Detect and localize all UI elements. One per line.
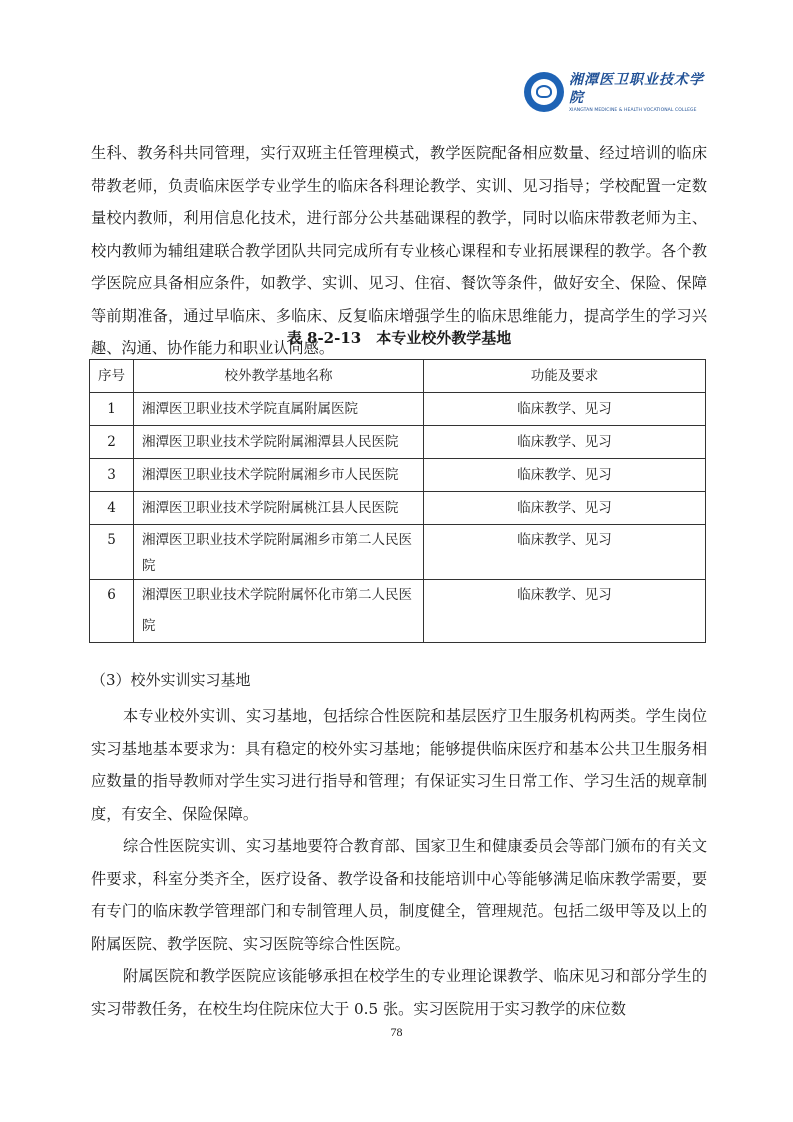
page-number: 78 xyxy=(0,1025,793,1040)
section-heading: （3）校外实训实习基地 xyxy=(91,668,251,692)
cell-function: 临床教学、见习 xyxy=(424,525,706,580)
cell-function: 临床教学、见习 xyxy=(424,459,706,492)
external-teaching-base-table: 序号 校外教学基地名称 功能及要求 1 湘潭医卫职业技术学院直属附属医院 临床教… xyxy=(89,359,706,643)
college-emblem-icon xyxy=(524,72,564,112)
cell-no: 3 xyxy=(90,459,134,492)
cell-base-name: 湘潭医卫职业技术学院附属桃江县人民医院 xyxy=(134,492,424,525)
cell-no: 4 xyxy=(90,492,134,525)
cell-no: 1 xyxy=(90,393,134,426)
cell-no: 2 xyxy=(90,426,134,459)
cell-no: 6 xyxy=(90,580,134,643)
table-row: 3 湘潭医卫职业技术学院附属湘乡市人民医院 临床教学、见习 xyxy=(90,459,706,492)
header-function: 功能及要求 xyxy=(424,360,706,393)
cell-base-name: 湘潭医卫职业技术学院附属湘潭县人民医院 xyxy=(134,426,424,459)
cell-base-name: 湘潭医卫职业技术学院附属湘乡市人民医院 xyxy=(134,459,424,492)
paragraph-general-hospital-requirements: 综合性医院实训、实习基地要符合教育部、国家卫生和健康委员会等部门颁布的有关文件要… xyxy=(91,830,707,960)
table-row: 4 湘潭医卫职业技术学院附属桃江县人民医院 临床教学、见习 xyxy=(90,492,706,525)
cell-base-name: 湘潭医卫职业技术学院附属怀化市第二人民医院 xyxy=(134,580,424,643)
cell-function: 临床教学、见习 xyxy=(424,492,706,525)
table-header-row: 序号 校外教学基地名称 功能及要求 xyxy=(90,360,706,393)
table-caption: 表 8-2-13 本专业校外教学基地 xyxy=(91,326,707,350)
cell-function: 临床教学、见习 xyxy=(424,580,706,643)
logo-english-name: XIANGTAN MEDICINE & HEALTH VOCATIONAL CO… xyxy=(569,107,714,114)
logo-text: 湘潭医卫职业技术学院 XIANGTAN MEDICINE & HEALTH VO… xyxy=(569,71,714,114)
paragraph-practice-base-requirements: 本专业校外实训、实习基地，包括综合性医院和基层医疗卫生服务机构两类。学生岗位实习… xyxy=(91,700,707,830)
table-row: 5 湘潭医卫职业技术学院附属湘乡市第二人民医院 临床教学、见习 xyxy=(90,525,706,580)
cell-base-name: 湘潭医卫职业技术学院附属湘乡市第二人民医院 xyxy=(134,525,424,580)
table-row: 1 湘潭医卫职业技术学院直属附属医院 临床教学、见习 xyxy=(90,393,706,426)
logo-chinese-name: 湘潭医卫职业技术学院 xyxy=(569,71,714,107)
header-no: 序号 xyxy=(90,360,134,393)
cell-function: 临床教学、见习 xyxy=(424,393,706,426)
table-row: 2 湘潭医卫职业技术学院附属湘潭县人民医院 临床教学、见习 xyxy=(90,426,706,459)
header-base-name: 校外教学基地名称 xyxy=(134,360,424,393)
paragraph-affiliated-hospital-requirements: 附属医院和教学医院应该能够承担在校学生的专业理论课教学、临床见习和部分学生的实习… xyxy=(91,960,707,1025)
college-logo: 湘潭医卫职业技术学院 XIANGTAN MEDICINE & HEALTH VO… xyxy=(524,70,714,114)
cell-base-name: 湘潭医卫职业技术学院直属附属医院 xyxy=(134,393,424,426)
cell-no: 5 xyxy=(90,525,134,580)
table-row: 6 湘潭医卫职业技术学院附属怀化市第二人民医院 临床教学、见习 xyxy=(90,580,706,643)
cell-function: 临床教学、见习 xyxy=(424,426,706,459)
